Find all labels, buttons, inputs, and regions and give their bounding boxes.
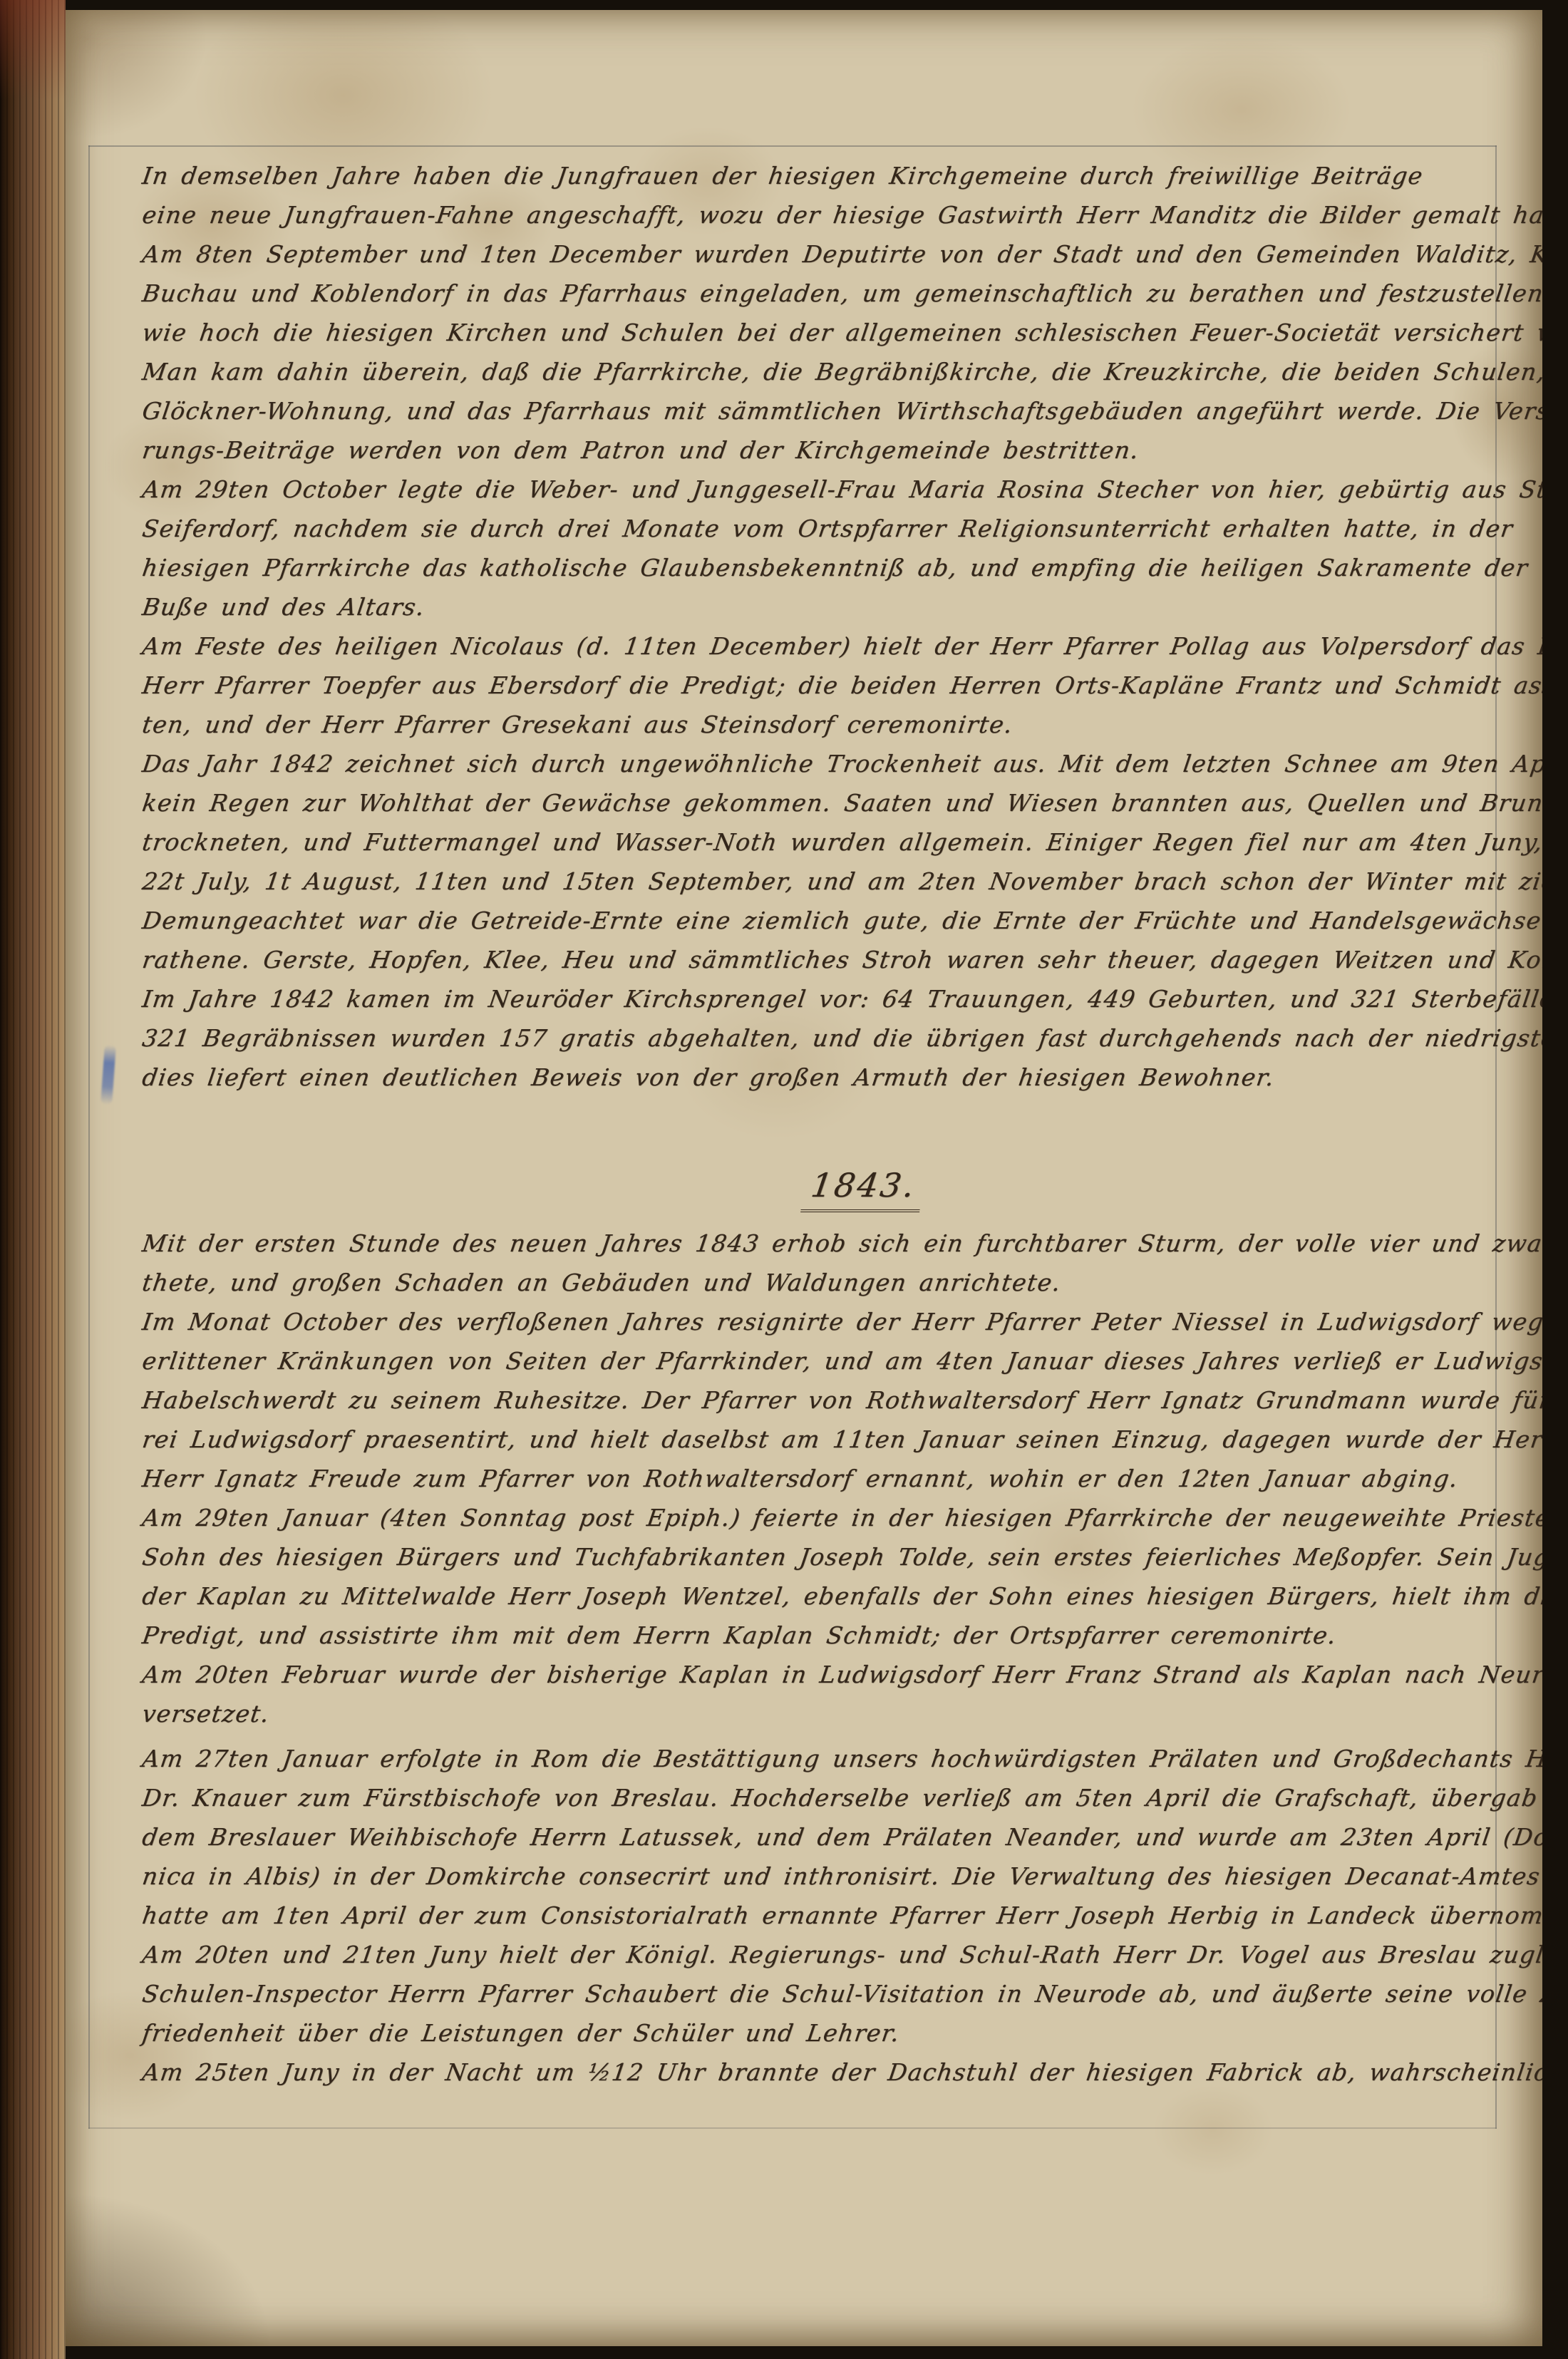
- paragraph: Am Feste des heiligen Nicolaus (d. 11ten…: [140, 626, 1495, 744]
- handwritten-line: Glöckner-Wohnung, und das Pfarrhaus mit …: [140, 391, 1501, 430]
- handwritten-text-block: In demselben Jahre haben die Jungfrauen …: [140, 156, 1495, 2092]
- manuscript-page-scan: In demselben Jahre haben die Jungfrauen …: [0, 0, 1568, 2359]
- ruled-frame-bottom: [88, 2127, 1497, 2129]
- handwritten-line: Am 20ten und 21ten Juny hielt der Königl…: [140, 1935, 1501, 1974]
- handwritten-line: Das Jahr 1842 zeichnet sich durch ungewö…: [140, 744, 1501, 783]
- handwritten-line: Schulen-Inspector Herrn Pfarrer Schauber…: [140, 1974, 1501, 2013]
- handwritten-line: thete, und großen Schaden an Gebäuden un…: [140, 1263, 1501, 1302]
- book-spine: [0, 0, 66, 2359]
- paragraph: Das Jahr 1842 zeichnet sich durch ungewö…: [140, 744, 1495, 1097]
- handwritten-line: Man kam dahin überein, daß die Pfarrkirc…: [140, 352, 1501, 391]
- handwritten-line: Habelschwerdt zu seinem Ruhesitze. Der P…: [140, 1380, 1501, 1420]
- blue-pencil-mark: [100, 1045, 116, 1105]
- paragraph: In demselben Jahre haben die Jungfrauen …: [140, 156, 1495, 626]
- handwritten-line: kein Regen zur Wohlthat der Gewächse gek…: [140, 783, 1501, 822]
- handwritten-line: Buße und des Altars.: [140, 587, 1501, 626]
- book-spine-top-edge: [0, 0, 66, 100]
- handwritten-line: In demselben Jahre haben die Jungfrauen …: [140, 156, 1501, 195]
- handwritten-line: rei Ludwigsdorf praesentirt, und hielt d…: [140, 1420, 1501, 1459]
- chronicle-entries-1842: In demselben Jahre haben die Jungfrauen …: [140, 156, 1495, 1097]
- handwritten-line: der Kaplan zu Mittelwalde Herr Joseph We…: [140, 1576, 1501, 1616]
- handwritten-line: Sohn des hiesigen Bürgers und Tuchfabrik…: [140, 1537, 1501, 1576]
- handwritten-line: erlittener Kränkungen von Seiten der Pfa…: [140, 1341, 1501, 1380]
- handwritten-line: Im Monat October des verfloßenen Jahres …: [140, 1302, 1501, 1341]
- handwritten-line: Am Feste des heiligen Nicolaus (d. 11ten…: [140, 626, 1501, 666]
- handwritten-line: Seiferdorf, nachdem sie durch drei Monat…: [140, 509, 1501, 548]
- handwritten-line: Herr Pfarrer Toepfer aus Ebersdorf die P…: [140, 666, 1501, 705]
- handwritten-line: rathene. Gerste, Hopfen, Klee, Heu und s…: [140, 940, 1501, 979]
- handwritten-line: Herr Ignatz Freude zum Pfarrer von Rothw…: [140, 1459, 1501, 1498]
- handwritten-line: hiesigen Pfarrkirche das katholische Gla…: [140, 548, 1501, 587]
- handwritten-line: Mit der ersten Stunde des neuen Jahres 1…: [140, 1224, 1501, 1263]
- handwritten-line: hatte am 1ten April der zum Consistorial…: [140, 1896, 1501, 1935]
- handwritten-line: dem Breslauer Weihbischofe Herrn Latusse…: [140, 1817, 1501, 1857]
- handwritten-line: Buchau und Koblendorf in das Pfarrhaus e…: [140, 274, 1501, 313]
- handwritten-line: Im Jahre 1842 kamen im Neuröder Kirchspr…: [140, 979, 1501, 1018]
- handwritten-line: Am 8ten September und 1ten December wurd…: [140, 234, 1501, 274]
- handwritten-line: 22t July, 1t August, 11ten und 15ten Sep…: [140, 862, 1501, 901]
- handwritten-line: Am 20ten Februar wurde der bisherige Kap…: [140, 1655, 1501, 1694]
- handwritten-line: Am 29ten October legte die Weber- und Ju…: [140, 470, 1501, 509]
- paragraph: Am 27ten Januar erfolgte in Rom die Best…: [140, 1739, 1495, 2092]
- handwritten-line: versetzet.: [140, 1694, 1501, 1733]
- handwritten-line: dies liefert einen deutlichen Beweis von…: [140, 1058, 1501, 1097]
- handwritten-line: Dr. Knauer zum Fürstbischofe von Breslau…: [140, 1778, 1501, 1817]
- handwritten-line: Am 27ten Januar erfolgte in Rom die Best…: [140, 1739, 1501, 1778]
- year-heading-1843: 1843.: [800, 1162, 927, 1212]
- handwritten-line: Am 29ten Januar (4ten Sonntag post Epiph…: [140, 1498, 1501, 1537]
- handwritten-line: friedenheit über die Leistungen der Schü…: [140, 2013, 1501, 2053]
- ruled-frame-top: [88, 145, 1497, 147]
- paragraph: Mit der ersten Stunde des neuen Jahres 1…: [140, 1224, 1495, 1733]
- handwritten-line: ten, und der Herr Pfarrer Gresekani aus …: [140, 705, 1501, 744]
- chronicle-page: In demselben Jahre haben die Jungfrauen …: [66, 10, 1542, 2346]
- chronicle-entries-1843: Mit der ersten Stunde des neuen Jahres 1…: [140, 1224, 1495, 2092]
- handwritten-line: trockneten, und Futtermangel und Wasser-…: [140, 822, 1501, 862]
- handwritten-line: Am 25ten Juny in der Nacht um ½12 Uhr br…: [140, 2053, 1501, 2092]
- ruled-frame-left: [88, 145, 90, 2129]
- handwritten-line: 321 Begräbnissen wurden 157 gratis abgeh…: [140, 1018, 1501, 1058]
- handwritten-line: wie hoch die hiesigen Kirchen und Schule…: [140, 313, 1501, 352]
- handwritten-line: Demungeachtet war die Getreide-Ernte ein…: [140, 901, 1501, 940]
- handwritten-line: nica in Albis) in der Domkirche consecri…: [140, 1857, 1501, 1896]
- handwritten-line: rungs-Beiträge werden von dem Patron und…: [140, 430, 1501, 470]
- handwritten-line: eine neue Jungfrauen-Fahne angeschafft, …: [140, 195, 1501, 234]
- handwritten-line: Predigt, und assistirte ihm mit dem Herr…: [140, 1616, 1501, 1655]
